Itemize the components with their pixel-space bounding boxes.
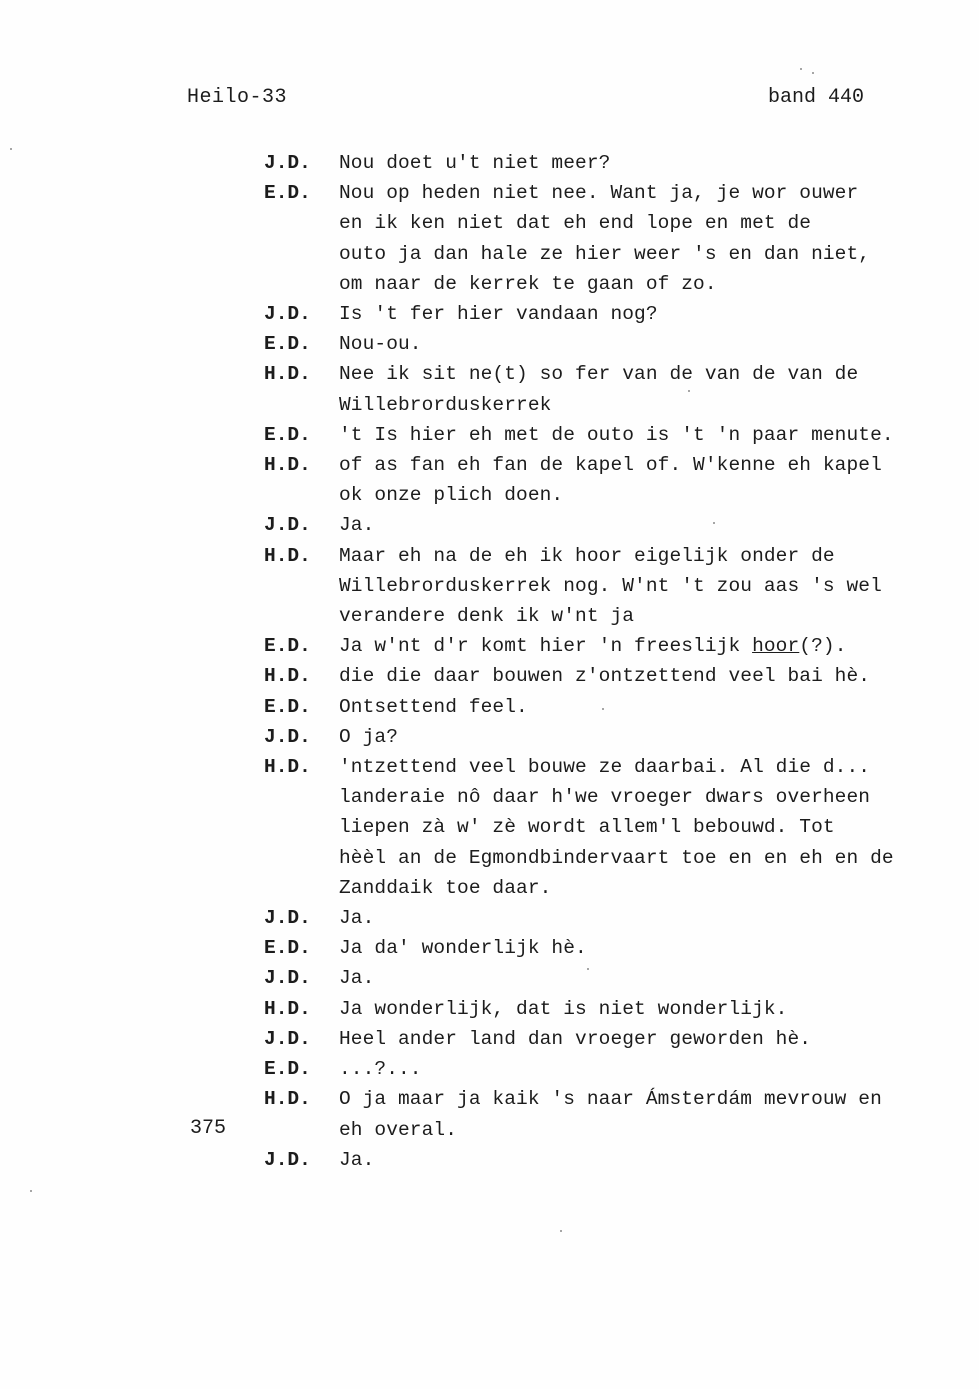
utterance-line: hèèl an de Egmondbindervaart toe en en e… (339, 843, 944, 873)
utterance: Ja da' wonderlijk hè. (339, 933, 944, 963)
transcript-turn: H.D.die die daar bouwen z'ontzettend vee… (264, 661, 944, 691)
utterance-line: Willebrorduskerrek nog. W'nt 't zou aas … (339, 571, 944, 601)
transcript-turn: J.D.Is 't fer hier vandaan nog? (264, 299, 944, 329)
document-page: Heilo-33 band 440 J.D.Nou doet u't niet … (0, 0, 979, 1389)
utterance: of as fan eh fan de kapel of. W'kenne eh… (339, 450, 944, 510)
utterance-line: Willebrorduskerrek (339, 390, 944, 420)
utterance-line: Ja wonderlijk, dat is niet wonderlijk. (339, 994, 944, 1024)
transcript-turn: H.D.Maar eh na de eh ik hoor eigelijk on… (264, 541, 944, 632)
speaker-label: J.D. (264, 963, 339, 993)
transcript-turn: H.D.of as fan eh fan de kapel of. W'kenn… (264, 450, 944, 510)
speaker-label: E.D. (264, 329, 339, 359)
utterance-line: Nee ik sit ne(t) so fer van de van de va… (339, 359, 944, 389)
utterance-line: Ja. (339, 1145, 944, 1175)
speaker-label: H.D. (264, 1084, 339, 1114)
utterance-line: Ja w'nt d'r komt hier 'n freeslijk hoor(… (339, 631, 944, 661)
scan-speck (688, 390, 690, 392)
utterance-line: Ja da' wonderlijk hè. (339, 933, 944, 963)
speaker-label: J.D. (264, 1024, 339, 1054)
speaker-label: J.D. (264, 903, 339, 933)
speaker-label: E.D. (264, 692, 339, 722)
speaker-label: J.D. (264, 299, 339, 329)
scan-speck (560, 1230, 562, 1232)
utterance-line: en ik ken niet dat eh end lope en met de (339, 208, 944, 238)
document-id: Heilo-33 (187, 86, 287, 109)
transcript-turn: J.D.Ja. (264, 510, 944, 540)
speaker-label: J.D. (264, 1145, 339, 1175)
utterance: Ja w'nt d'r komt hier 'n freeslijk hoor(… (339, 631, 944, 661)
transcript-turn: J.D.Ja. (264, 963, 944, 993)
utterance-line: Maar eh na de eh ik hoor eigelijk onder … (339, 541, 944, 571)
utterance: Ontsettend feel. (339, 692, 944, 722)
speaker-label: J.D. (264, 510, 339, 540)
utterance-line: die die daar bouwen z'ontzettend veel ba… (339, 661, 944, 691)
utterance: 'ntzettend veel bouwe ze daarbai. Al die… (339, 752, 944, 903)
utterance-line: ...?... (339, 1054, 944, 1084)
speaker-label: E.D. (264, 631, 339, 661)
transcript-turn: J.D.Ja. (264, 1145, 944, 1175)
scan-speck (602, 708, 604, 710)
utterance-line: ok onze plich doen. (339, 480, 944, 510)
scan-speck (587, 968, 589, 970)
utterance-line: outo ja dan hale ze hier weer 's en dan … (339, 239, 944, 269)
scan-speck (10, 148, 12, 150)
transcript: J.D.Nou doet u't niet meer?E.D.Nou op he… (264, 148, 944, 1175)
utterance: Nou doet u't niet meer? (339, 148, 944, 178)
transcript-turn: E.D.Nou op heden niet nee. Want ja, je w… (264, 178, 944, 299)
utterance: Nou op heden niet nee. Want ja, je wor o… (339, 178, 944, 299)
transcript-turn: E.D....?... (264, 1054, 944, 1084)
transcript-turn: J.D.O ja? (264, 722, 944, 752)
scan-speck (800, 68, 802, 70)
line-number-marker: 375 (190, 1117, 226, 1140)
utterance-line: Nou-ou. (339, 329, 944, 359)
utterance-line: of as fan eh fan de kapel of. W'kenne eh… (339, 450, 944, 480)
utterance-line: Nou op heden niet nee. Want ja, je wor o… (339, 178, 944, 208)
speaker-label: J.D. (264, 722, 339, 752)
speaker-label: H.D. (264, 541, 339, 571)
speaker-label: J.D. (264, 148, 339, 178)
utterance: Nou-ou. (339, 329, 944, 359)
utterance: Is 't fer hier vandaan nog? (339, 299, 944, 329)
utterance-line: 'ntzettend veel bouwe ze daarbai. Al die… (339, 752, 944, 782)
utterance-line: landeraie nô daar h'we vroeger dwars ove… (339, 782, 944, 812)
scan-speck (30, 1190, 32, 1192)
speaker-label: H.D. (264, 994, 339, 1024)
utterance: Heel ander land dan vroeger geworden hè. (339, 1024, 944, 1054)
utterance: die die daar bouwen z'ontzettend veel ba… (339, 661, 944, 691)
speaker-label: E.D. (264, 178, 339, 208)
utterance-line: Nou doet u't niet meer? (339, 148, 944, 178)
speaker-label: E.D. (264, 933, 339, 963)
transcript-turn: H.D.'ntzettend veel bouwe ze daarbai. Al… (264, 752, 944, 903)
utterance-line: Heel ander land dan vroeger geworden hè. (339, 1024, 944, 1054)
utterance: ...?... (339, 1054, 944, 1084)
transcript-turn: J.D.Heel ander land dan vroeger geworden… (264, 1024, 944, 1054)
utterance: 't Is hier eh met de outo is 't 'n paar … (339, 420, 944, 450)
utterance-line: eh overal. (339, 1115, 944, 1145)
utterance: Ja. (339, 510, 944, 540)
speaker-label: H.D. (264, 450, 339, 480)
utterance: Ja wonderlijk, dat is niet wonderlijk. (339, 994, 944, 1024)
transcript-turn: E.D.Ja da' wonderlijk hè. (264, 933, 944, 963)
speaker-label: H.D. (264, 359, 339, 389)
transcript-turn: H.D.Nee ik sit ne(t) so fer van de van d… (264, 359, 944, 419)
transcript-turn: H.D.Ja wonderlijk, dat is niet wonderlij… (264, 994, 944, 1024)
utterance: O ja maar ja kaik 's naar Ámsterdám mevr… (339, 1084, 944, 1144)
utterance-line: Zanddaik toe daar. (339, 873, 944, 903)
utterance-line: Ja. (339, 963, 944, 993)
utterance-line: verandere denk ik w'nt ja (339, 601, 944, 631)
speaker-label: H.D. (264, 752, 339, 782)
utterance-line: liepen zà w' zè wordt allem'l bebouwd. T… (339, 812, 944, 842)
utterance: Ja. (339, 903, 944, 933)
speaker-label: E.D. (264, 1054, 339, 1084)
utterance-line: O ja? (339, 722, 944, 752)
utterance: Nee ik sit ne(t) so fer van de van de va… (339, 359, 944, 419)
utterance-line: 't Is hier eh met de outo is 't 'n paar … (339, 420, 944, 450)
transcript-turn: J.D.Nou doet u't niet meer? (264, 148, 944, 178)
transcript-turn: H.D.O ja maar ja kaik 's naar Ámsterdám … (264, 1084, 944, 1144)
transcript-turn: E.D.Ja w'nt d'r komt hier 'n freeslijk h… (264, 631, 944, 661)
tape-number: band 440 (768, 86, 864, 109)
utterance: Ja. (339, 963, 944, 993)
speaker-label: H.D. (264, 661, 339, 691)
utterance-line: Ja. (339, 510, 944, 540)
utterance-line: O ja maar ja kaik 's naar Ámsterdám mevr… (339, 1084, 944, 1114)
speaker-label: E.D. (264, 420, 339, 450)
utterance: Ja. (339, 1145, 944, 1175)
utterance-line: Ja. (339, 903, 944, 933)
transcript-turn: E.D.'t Is hier eh met de outo is 't 'n p… (264, 420, 944, 450)
scan-speck (812, 72, 814, 74)
utterance-line: Is 't fer hier vandaan nog? (339, 299, 944, 329)
transcript-turn: J.D.Ja. (264, 903, 944, 933)
transcript-turn: E.D.Nou-ou. (264, 329, 944, 359)
underlined-word: hoor (752, 635, 799, 657)
utterance-line: om naar de kerrek te gaan of zo. (339, 269, 944, 299)
scan-speck (713, 522, 715, 524)
utterance: O ja? (339, 722, 944, 752)
utterance: Maar eh na de eh ik hoor eigelijk onder … (339, 541, 944, 632)
utterance-line: Ontsettend feel. (339, 692, 944, 722)
transcript-turn: E.D.Ontsettend feel. (264, 692, 944, 722)
